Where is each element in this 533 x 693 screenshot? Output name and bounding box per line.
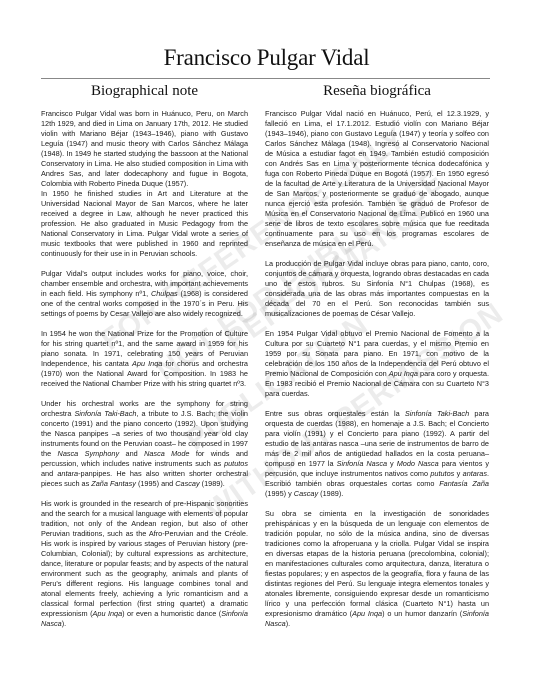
paragraph: En 1954 Pulgar Vidal obtuvo el Premio Na… (265, 329, 489, 399)
italic-title: Nasca Symphony (58, 449, 120, 458)
document-page: Francisco Pulgar Vidal Biographical note… (0, 0, 533, 693)
title-divider (41, 78, 490, 79)
english-heading: Biographical note (41, 81, 248, 101)
english-body: Francisco Pulgar Vidal was born in Huánu… (41, 109, 248, 629)
paragraph: Francisco Pulgar Vidal was born in Huánu… (41, 109, 248, 189)
italic-title: Cascay (294, 489, 318, 498)
italic-title: Sinfonía Taki-Bach (405, 409, 469, 418)
italic-title: antara (57, 469, 78, 478)
paragraph: La producción de Pulgar Vidal incluye ob… (265, 259, 489, 319)
italic-title: pututos (224, 459, 248, 468)
italic-title: Apu Inqa (132, 359, 162, 368)
paragraph: Entre sus obras orquestales están la Sin… (265, 409, 489, 499)
italic-title: Apu Inqa (389, 369, 418, 378)
page-title: Francisco Pulgar Vidal (0, 44, 533, 72)
paragraph: In 1950 he finished studies in Art and L… (41, 189, 248, 259)
paragraph: Su obra se cimienta en la investigación … (265, 509, 489, 629)
paragraph: In 1954 he won the National Prize for th… (41, 329, 248, 389)
italic-title: Modo Nasca (397, 459, 439, 468)
italic-title: Sinfonía Nasca (41, 609, 248, 628)
paragraph: Pulgar Vidal's output includes works for… (41, 269, 248, 319)
spanish-body: Francisco Pulgar Vidal nació en Huánuco,… (265, 109, 489, 629)
paragraph: Under his orchestral works are the symph… (41, 399, 248, 489)
english-column: Biographical note Francisco Pulgar Vidal… (41, 81, 248, 639)
paragraph: Francisco Pulgar Vidal nació en Huánuco,… (265, 109, 489, 249)
italic-title: Nasca Mode (144, 449, 189, 458)
italic-title: Sinfonía Taki-Bach (74, 409, 136, 418)
italic-title: Zaña Fantasy (91, 479, 136, 488)
italic-title: antaras (463, 469, 487, 478)
spanish-column: Reseña biográfica Francisco Pulgar Vidal… (265, 81, 489, 639)
italic-title: Chulpas (151, 289, 178, 298)
spanish-heading: Reseña biográfica (265, 81, 489, 101)
italic-title: Fantasía Zaña (439, 479, 489, 488)
paragraph: His work is grounded in the research of … (41, 499, 248, 629)
italic-title: pututos (430, 469, 454, 478)
italic-title: Sinfonía Nasca (337, 459, 387, 468)
italic-title: Cascay (175, 479, 199, 488)
italic-title: Apu Inqa (93, 609, 123, 618)
italic-title: Apu Inqa (352, 609, 382, 618)
